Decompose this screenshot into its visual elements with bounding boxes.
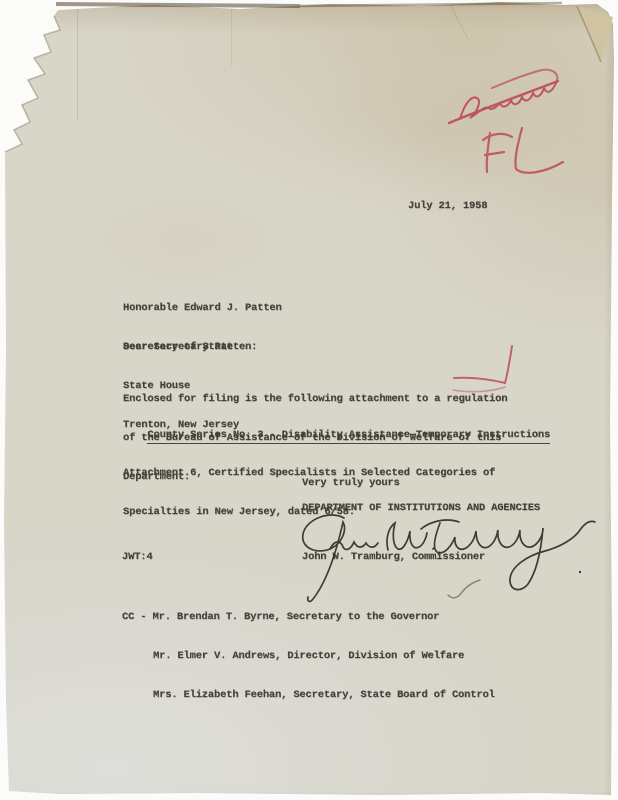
sheet-top-edge [56,4,300,6]
cc-line: CC - Mr. Brendan T. Byrne, Secretary to … [122,611,495,624]
cc-block: CC - Mr. Brendan T. Byrne, Secretary to … [122,585,495,728]
closing: Very truly yours [302,477,400,490]
organization-line: DEPARTMENT OF INSTITUTIONS AND AGENCIES [302,502,540,515]
recipient-line: Honorable Edward J. Patten [123,302,282,315]
letter-date: July 21, 1958 [408,200,487,213]
body-paragraph-2: Attachment 6, Certified Specialists in S… [123,441,495,545]
cc-line: Mr. Elmer V. Andrews, Director, Division… [122,650,495,663]
paper-crease [77,8,78,120]
scanned-letter-page: July 21, 1958 Honorable Edward J. Patten… [0,0,618,800]
signer-typed-line: John W. Tramburg, Commissioner [302,551,485,564]
paper-crease [231,2,232,66]
cc-line: Mrs. Elizabeth Feehan, Secretary, State … [122,689,495,702]
body-line: Enclosed for filing is the following att… [123,393,507,406]
paper-crease [448,2,469,40]
typist-reference: JWT:4 [122,551,153,564]
salutation: Dear Secretary Patten: [123,341,257,354]
